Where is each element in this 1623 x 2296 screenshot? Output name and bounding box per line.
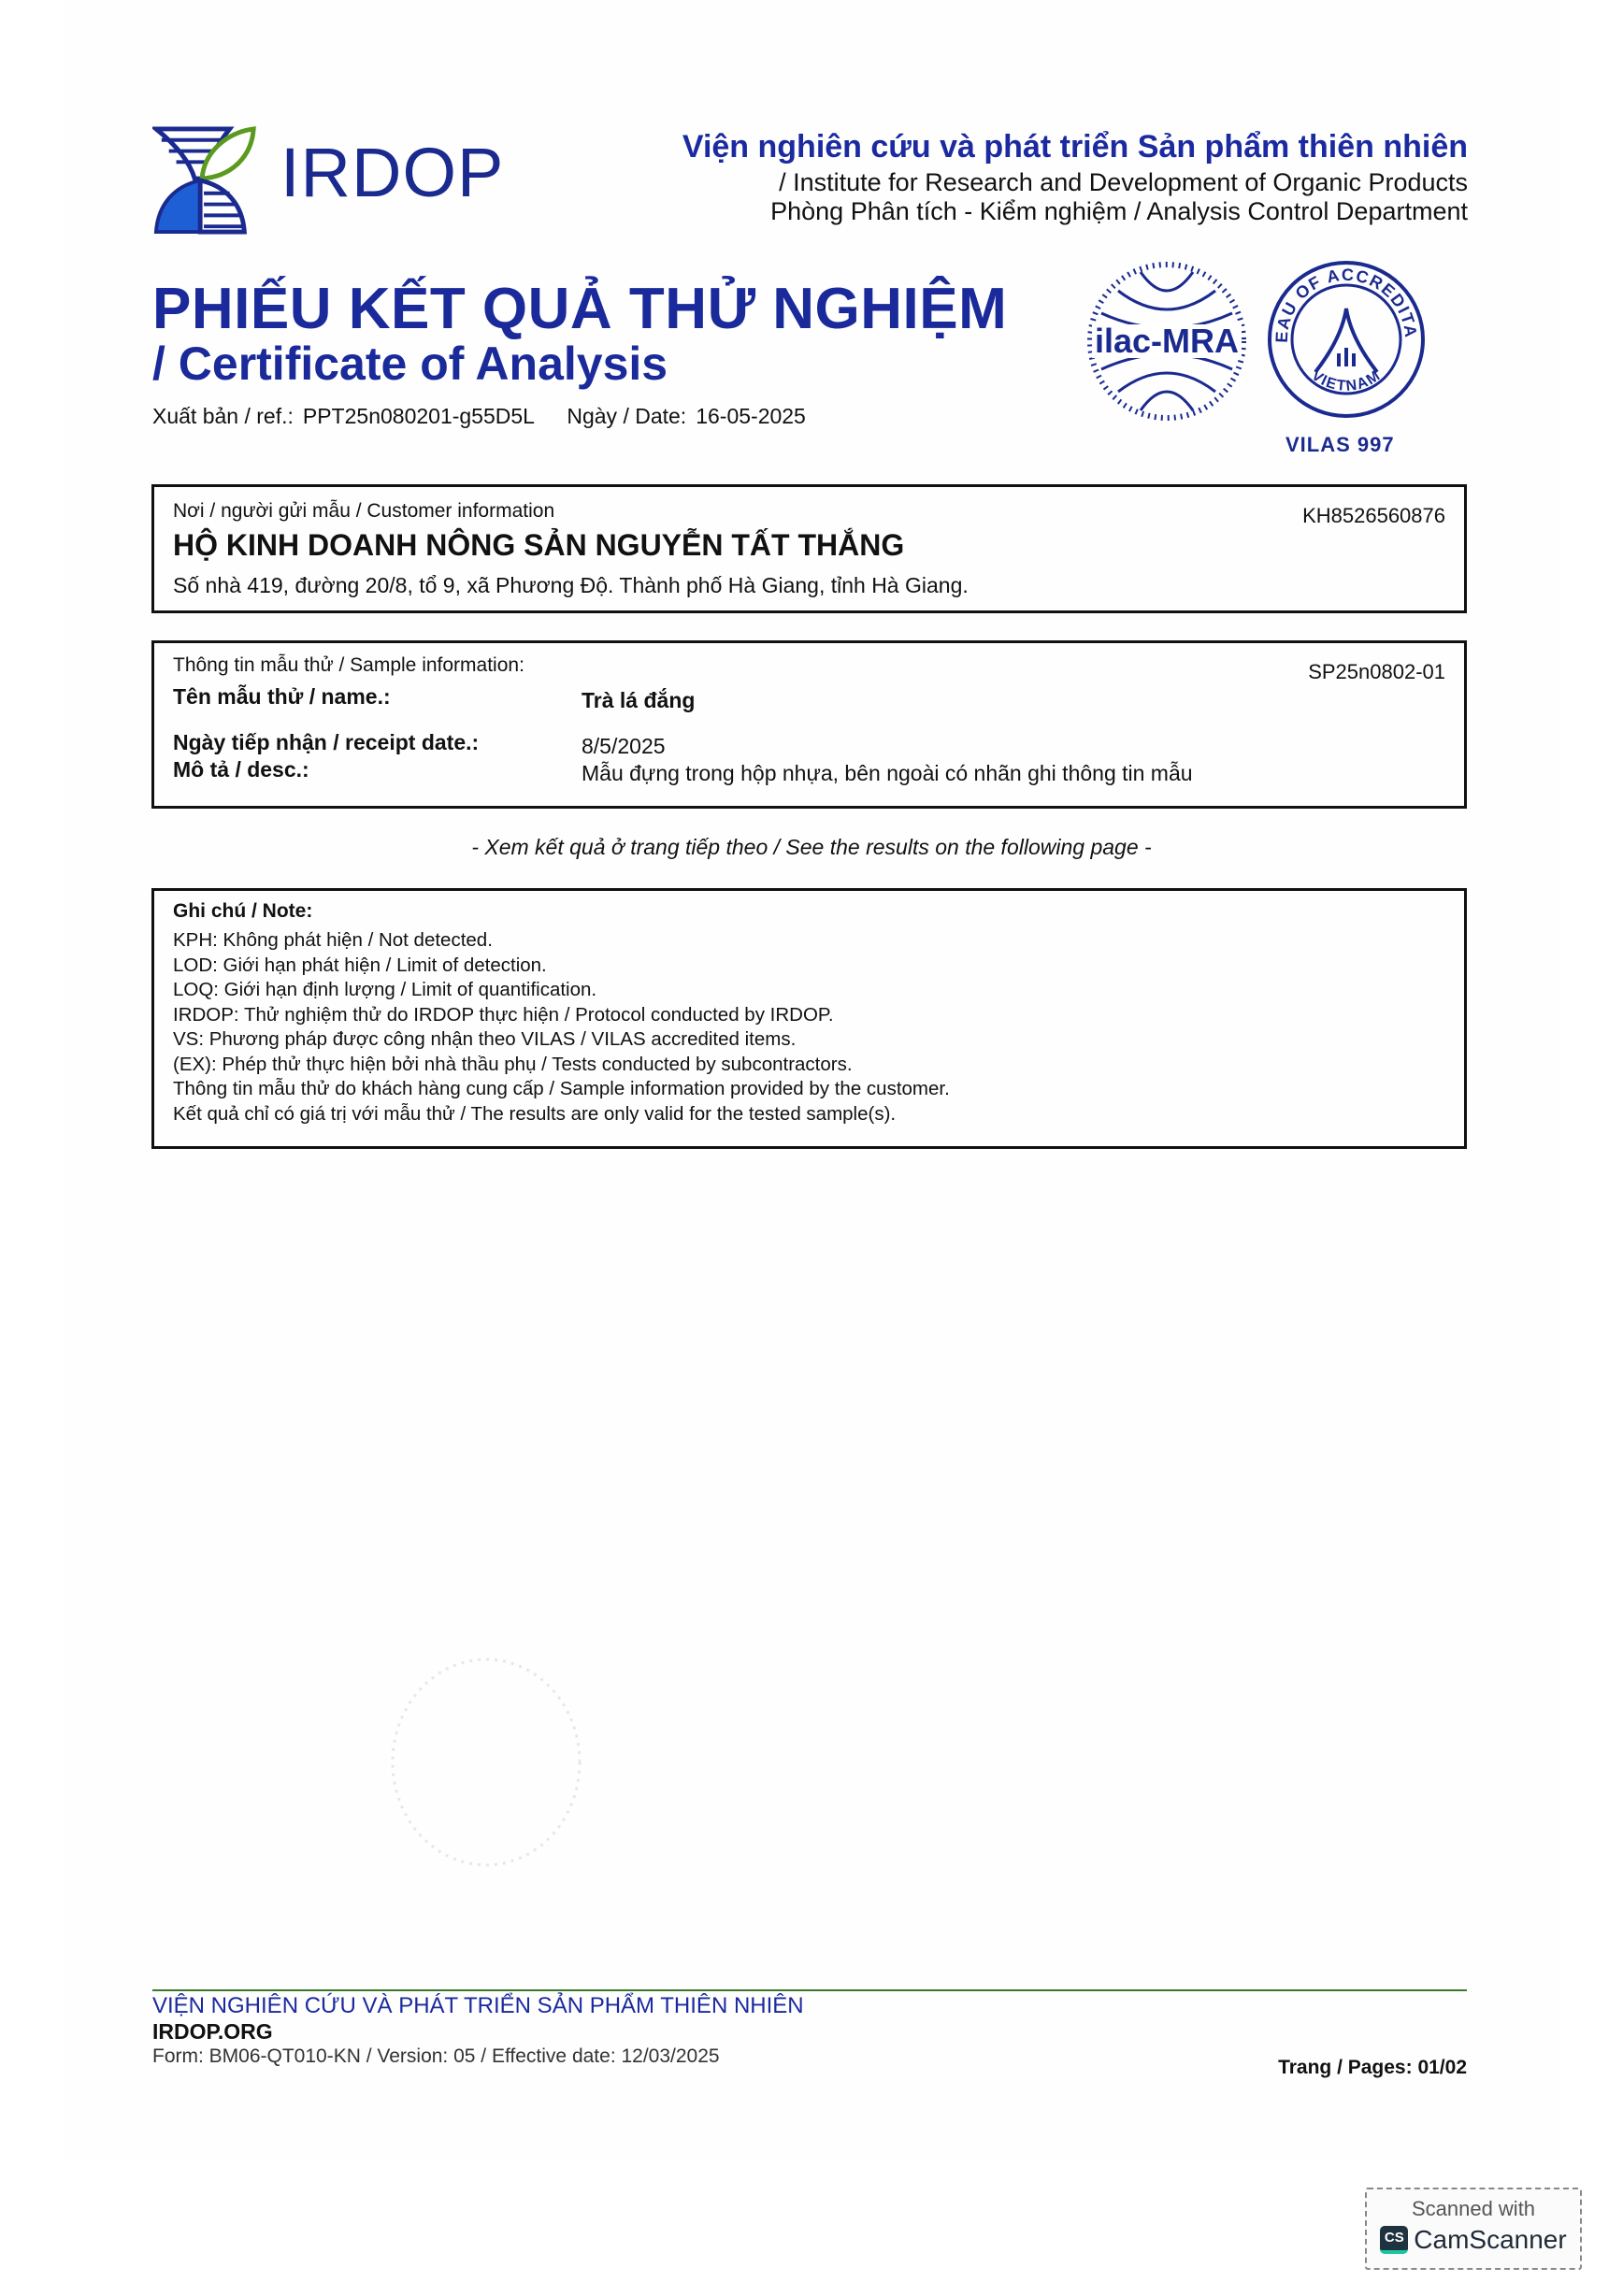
- scanned-with-label: Scanned with: [1367, 2197, 1580, 2221]
- bleed-through-stamp-icon: [374, 1645, 598, 1879]
- note-item: (EX): Phép thử thực hiện bởi nhà thầu ph…: [173, 1053, 950, 1078]
- notes-box: Ghi chú / Note: KPH: Không phát hiện / N…: [151, 888, 1467, 1149]
- footer-form-info: Form: BM06-QT010-KN / Version: 05 / Effe…: [152, 2045, 720, 2068]
- svg-text:ilac-MRA: ilac-MRA: [1095, 322, 1239, 360]
- customer-name: HỘ KINH DOANH NÔNG SẢN NGUYỄN TẤT THẮNG: [173, 528, 904, 563]
- receipt-date-label: Ngày tiếp nhận / receipt date.:: [173, 730, 479, 755]
- irdop-logo-icon: [152, 124, 263, 237]
- receipt-date-value: 8/5/2025: [582, 734, 666, 759]
- footer-website[interactable]: IRDOP.ORG: [152, 2019, 273, 2045]
- camscanner-watermark: Scanned with CS CamScanner: [1365, 2188, 1582, 2270]
- bureau-of-accreditation-seal-icon: BUREAU OF ACCREDITATION VIETNAM: [1267, 260, 1426, 419]
- note-item: Thông tin mẫu thử do khách hàng cung cấp…: [173, 1077, 950, 1102]
- customer-address: Số nhà 419, đường 20/8, tổ 9, xã Phương …: [173, 573, 969, 598]
- customer-code: KH8526560876: [1302, 504, 1445, 528]
- note-item: VS: Phương pháp được công nhận theo VILA…: [173, 1027, 950, 1053]
- svg-text:VIETNAM: VIETNAM: [1309, 367, 1385, 395]
- sample-code: SP25n0802-01: [1308, 660, 1445, 684]
- logo-wordmark: IRDOP: [280, 138, 504, 208]
- notes-title: Ghi chú / Note:: [173, 900, 312, 923]
- camscanner-logo-icon: CS: [1380, 2226, 1408, 2254]
- department-name: Phòng Phân tích - Kiểm nghiệm / Analysis…: [682, 197, 1468, 226]
- vilas-number: VILAS 997: [1285, 433, 1395, 457]
- note-item: LOD: Giới hạn phát hiện / Limit of detec…: [173, 954, 950, 979]
- institute-name-en: / Institute for Research and Development…: [682, 167, 1468, 197]
- camscanner-brand: CS CamScanner: [1367, 2225, 1580, 2255]
- reference-line: Xuất bản / ref.:PPT25n080201-g55D5L Ngày…: [152, 404, 832, 429]
- date-label: Ngày / Date:: [567, 404, 686, 428]
- ref-label: Xuất bản / ref.:: [152, 404, 294, 428]
- note-item: KPH: Không phát hiện / Not detected.: [173, 928, 950, 954]
- sample-label: Thông tin mẫu thử / Sample information:: [173, 654, 524, 677]
- description-value: Mẫu đựng trong hộp nhựa, bên ngoài có nh…: [582, 761, 1193, 786]
- note-item: Kết quả chỉ có giá trị với mẫu thử / The…: [173, 1102, 950, 1127]
- footer-organization: VIỆN NGHIÊN CỨU VÀ PHÁT TRIỂN SẢN PHẨM T…: [152, 1993, 804, 2019]
- note-item: IRDOP: Thử nghiệm thử do IRDOP thực hiện…: [173, 1003, 950, 1028]
- customer-label: Nơi / người gửi mẫu / Customer informati…: [173, 500, 554, 523]
- camscanner-name: CamScanner: [1414, 2225, 1566, 2255]
- footer-divider: [152, 1989, 1467, 1991]
- date-value: 16-05-2025: [696, 404, 806, 428]
- customer-info-box: Nơi / người gửi mẫu / Customer informati…: [151, 484, 1467, 613]
- document-title-en: / Certificate of Analysis: [152, 340, 668, 387]
- sample-name-label: Tên mẫu thử / name.:: [173, 684, 391, 710]
- document-title-vn: PHIẾU KẾT QUẢ THỬ NGHIỆM: [152, 280, 1007, 338]
- see-results-note: - Xem kết quả ở trang tiếp theo / See th…: [0, 835, 1623, 860]
- description-label: Mô tả / desc.:: [173, 757, 309, 782]
- sample-name-value: Trà lá đắng: [582, 688, 695, 713]
- ref-value: PPT25n080201-g55D5L: [303, 404, 535, 428]
- notes-list: KPH: Không phát hiện / Not detected. LOD…: [173, 928, 950, 1126]
- institute-header: Viện nghiên cứu và phát triển Sản phẩm t…: [682, 129, 1468, 227]
- institute-name-vn: Viện nghiên cứu và phát triển Sản phẩm t…: [682, 129, 1468, 165]
- sample-info-box: Thông tin mẫu thử / Sample information: …: [151, 640, 1467, 809]
- svg-text:BUREAU OF ACCREDITATION: BUREAU OF ACCREDITATION: [1267, 260, 1420, 343]
- note-item: LOQ: Giới hạn định lượng / Limit of quan…: [173, 978, 950, 1003]
- page-number: Trang / Pages: 01/02: [1278, 2057, 1467, 2079]
- ilac-mra-seal-icon: ilac-MRA: [1084, 259, 1249, 423]
